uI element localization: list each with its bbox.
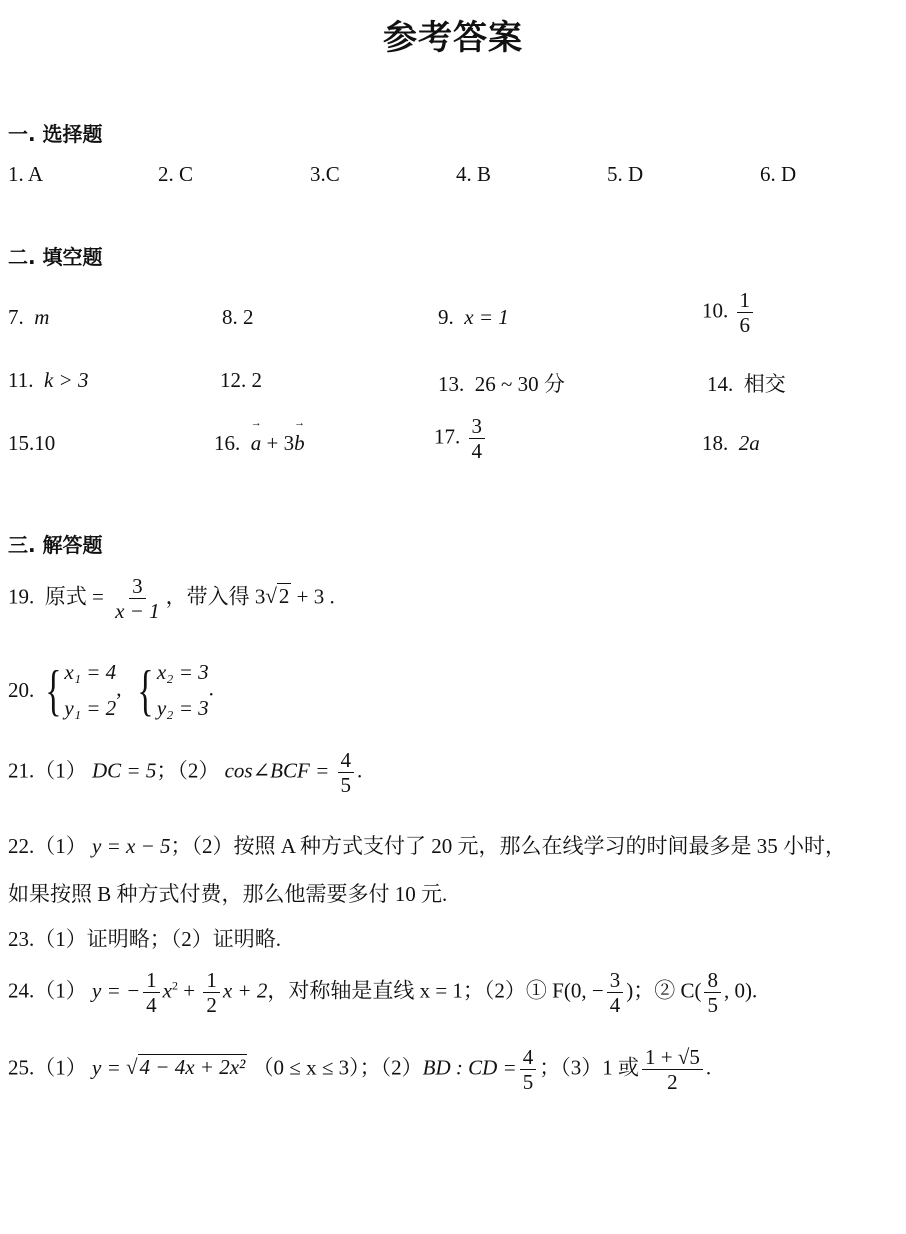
answer-22-line1: 22.（1） y = x − 5；（2）按照 A 种方式支付了 20 元，那么在… — [8, 830, 846, 860]
answer-22-line2: 如果按照 B 种方式付费，那么他需要多付 10 元. — [8, 878, 447, 908]
answer-21: 21.（1） DC = 5；（2） cos∠BCF = 45. — [8, 748, 362, 797]
answer-19: 19. 原式 = 3x − 1，带入得 3√2 + 3 . — [8, 574, 335, 623]
answer-24: 24.（1） y = −14x2 + 12x + 2，对称轴是直线 x = 1；… — [8, 968, 757, 1017]
section-heading-choice: 一. 选择题 — [8, 118, 103, 147]
choice-answer-5: 5. D — [607, 162, 643, 187]
equation-system-2: {x₂ = 3y₂ = 3 — [132, 655, 209, 726]
fill-answer-10: 10. 16 — [702, 288, 756, 337]
section-heading-fill: 二. 填空题 — [8, 241, 103, 270]
page-title: 参考答案 — [0, 10, 906, 59]
choice-answer-6: 6. D — [760, 162, 796, 187]
answer-23: 23.（1）证明略；（2）证明略. — [8, 923, 281, 953]
choice-answer-1: 1. A — [8, 162, 43, 187]
fill-answer-8: 8. 2 — [222, 305, 254, 330]
choice-answer-3: 3.C — [310, 162, 340, 187]
choice-answer-2: 2. C — [158, 162, 193, 187]
section-heading-solve: 三. 解答题 — [8, 529, 103, 558]
answer-20: 20. {x₁ = 4y₁ = 2, {x₂ = 3y₂ = 3. — [8, 655, 214, 726]
choice-answer-4: 4. B — [456, 162, 491, 187]
fill-answer-14: 14. 相交 — [707, 368, 786, 398]
fill-answer-9: 9. x = 1 — [438, 305, 509, 330]
fill-answer-12: 12. 2 — [220, 368, 262, 393]
fill-answer-11: 11. k > 3 — [8, 368, 88, 393]
fill-answer-16: 16. a + 3b — [214, 431, 305, 456]
fill-answer-17: 17. 34 — [434, 414, 488, 463]
answer-25: 25.（1） y = √4 − 4x + 2x² （0 ≤ x ≤ 3）；（2）… — [8, 1045, 711, 1094]
fill-answer-15: 15.10 — [8, 431, 55, 456]
equation-system-1: {x₁ = 4y₁ = 2 — [40, 655, 117, 726]
fill-answer-7: 7. m — [8, 305, 49, 330]
fill-answer-18: 18. 2a — [702, 431, 760, 456]
fill-answer-13: 13. 26 ~ 30 分 — [438, 368, 565, 398]
